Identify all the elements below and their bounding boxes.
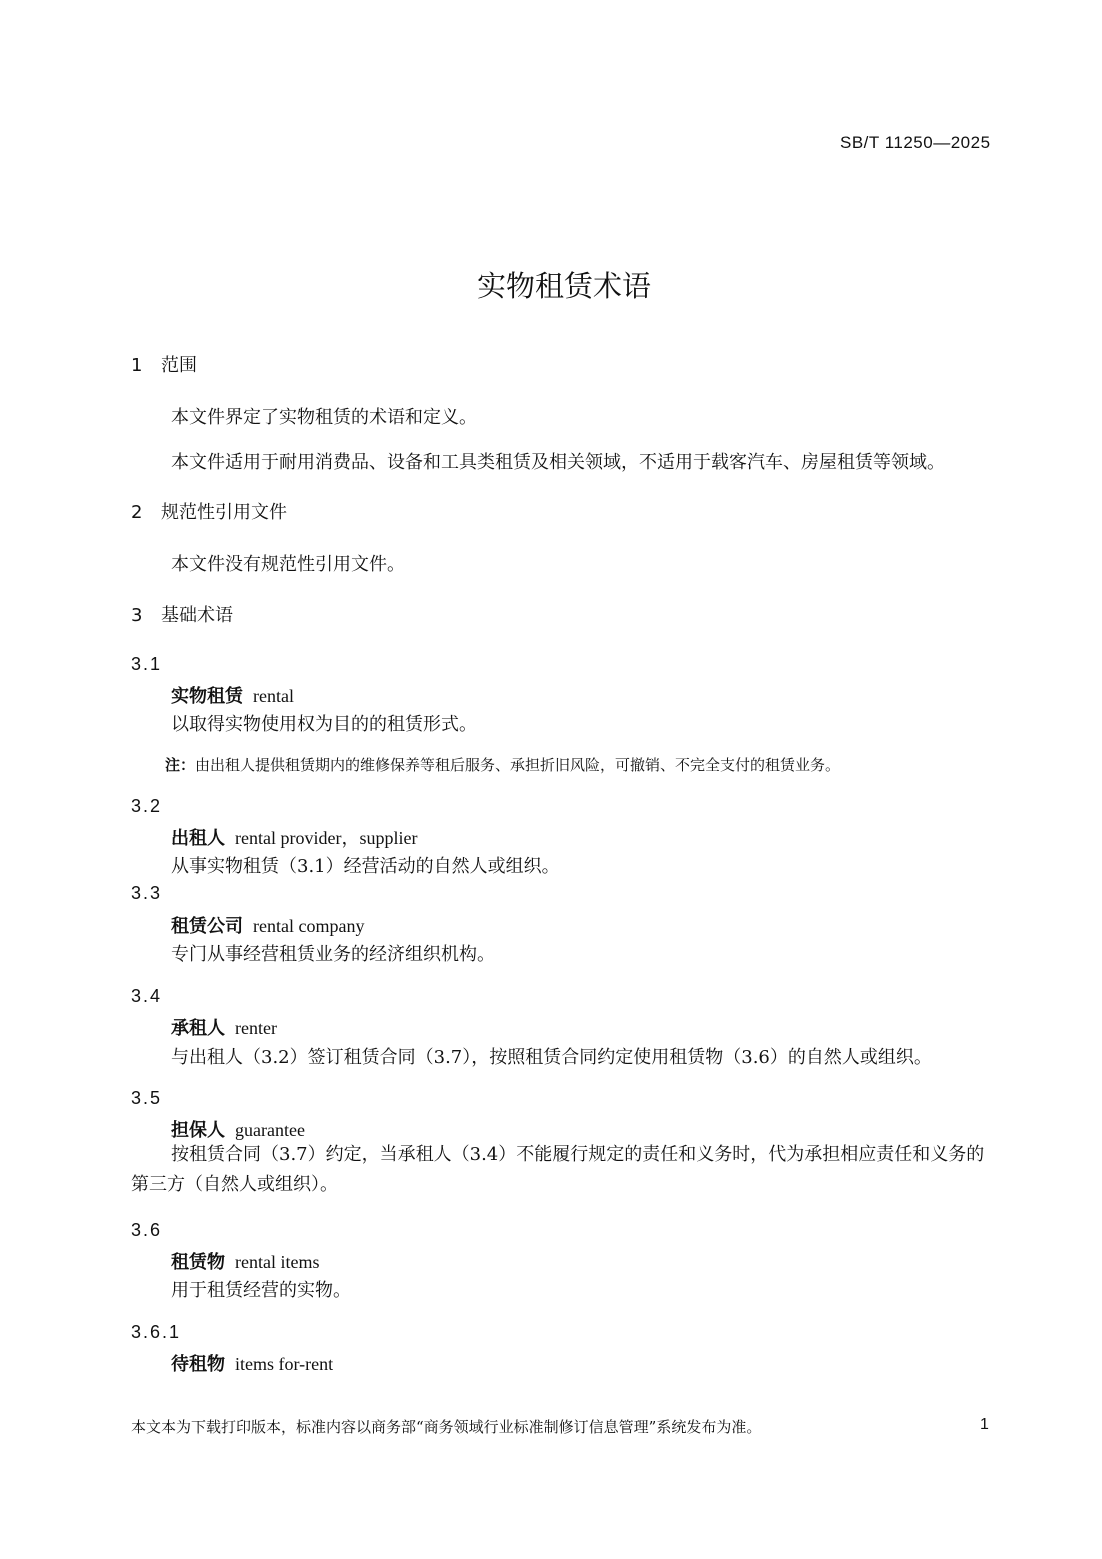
- term-number: 3.4: [131, 986, 162, 1007]
- footer-notice: 本文本为下载打印版本，标准内容以商务部“商务领域行业标准制修订信息管理”系统发布…: [131, 1416, 761, 1437]
- term-entry: 租赁物rental items: [171, 1248, 319, 1274]
- section-1-heading: 1范围: [131, 351, 197, 377]
- term-number: 3.5: [131, 1088, 162, 1109]
- term-entry: 出租人rental provider，supplier: [171, 824, 417, 850]
- term-english: renter: [235, 1018, 277, 1038]
- term-english: guarantee: [235, 1120, 305, 1140]
- page-number: 1: [980, 1416, 989, 1434]
- term-english: rental provider，supplier: [235, 828, 417, 848]
- term-english: items for-rent: [235, 1354, 333, 1374]
- section-title: 基础术语: [161, 605, 233, 626]
- term-chinese: 出租人: [171, 828, 225, 849]
- term-chinese: 租赁公司: [171, 916, 243, 937]
- term-chinese: 实物租赁: [171, 686, 243, 707]
- note-text: 由出租人提供租赁期内的维修保养等租后服务、承担折旧风险，可撤销、不完全支付的租赁…: [195, 756, 840, 774]
- document-title: 实物租赁术语: [0, 264, 1102, 305]
- section-number: 3: [131, 605, 161, 626]
- term-chinese: 待租物: [171, 1354, 225, 1375]
- term-definition: 用于租赁经营的实物。: [171, 1276, 351, 1302]
- term-entry: 承租人renter: [171, 1014, 277, 1040]
- scope-paragraph-2: 本文件适用于耐用消费品、设备和工具类租赁及相关领域，不适用于载客汽车、房屋租赁等…: [171, 448, 945, 474]
- term-english: rental company: [253, 916, 364, 936]
- term-number: 3.6.1: [131, 1322, 181, 1343]
- term-definition: 按租赁合同（3.7）约定，当承租人（3.4）不能履行规定的责任和义务时，代为承担…: [131, 1140, 1001, 1200]
- term-entry: 待租物items for-rent: [171, 1350, 333, 1376]
- term-chinese: 担保人: [171, 1120, 225, 1141]
- section-number: 1: [131, 355, 161, 376]
- section-title: 范围: [161, 355, 197, 376]
- term-entry: 实物租赁rental: [171, 682, 294, 708]
- term-definition: 与出租人（3.2）签订租赁合同（3.7），按照租赁合同约定使用租赁物（3.6）的…: [171, 1043, 932, 1069]
- section-number: 2: [131, 502, 161, 523]
- scope-paragraph-1: 本文件界定了实物租赁的术语和定义。: [171, 403, 477, 429]
- term-english: rental items: [235, 1252, 319, 1272]
- section-3-heading: 3基础术语: [131, 601, 233, 627]
- section-2-heading: 2规范性引用文件: [131, 498, 287, 524]
- normative-references-paragraph: 本文件没有规范性引用文件。: [171, 550, 405, 576]
- term-definition: 以取得实物使用权为目的的租赁形式。: [171, 710, 477, 736]
- term-note: 注：由出租人提供租赁期内的维修保养等租后服务、承担折旧风险，可撤销、不完全支付的…: [165, 754, 840, 775]
- term-entry: 担保人guarantee: [171, 1116, 305, 1142]
- section-title: 规范性引用文件: [161, 502, 287, 523]
- term-definition: 专门从事经营租赁业务的经济组织机构。: [171, 940, 495, 966]
- term-chinese: 承租人: [171, 1018, 225, 1039]
- term-definition: 从事实物租赁（3.1）经营活动的自然人或组织。: [171, 852, 560, 878]
- term-number: 3.6: [131, 1220, 162, 1241]
- term-number: 3.3: [131, 883, 162, 904]
- term-number: 3.2: [131, 796, 162, 817]
- standard-code: SB/T 11250—2025: [840, 133, 991, 153]
- term-number: 3.1: [131, 654, 162, 675]
- term-english: rental: [253, 686, 294, 706]
- term-chinese: 租赁物: [171, 1252, 225, 1273]
- note-label: 注：: [165, 756, 195, 774]
- term-entry: 租赁公司rental company: [171, 912, 364, 938]
